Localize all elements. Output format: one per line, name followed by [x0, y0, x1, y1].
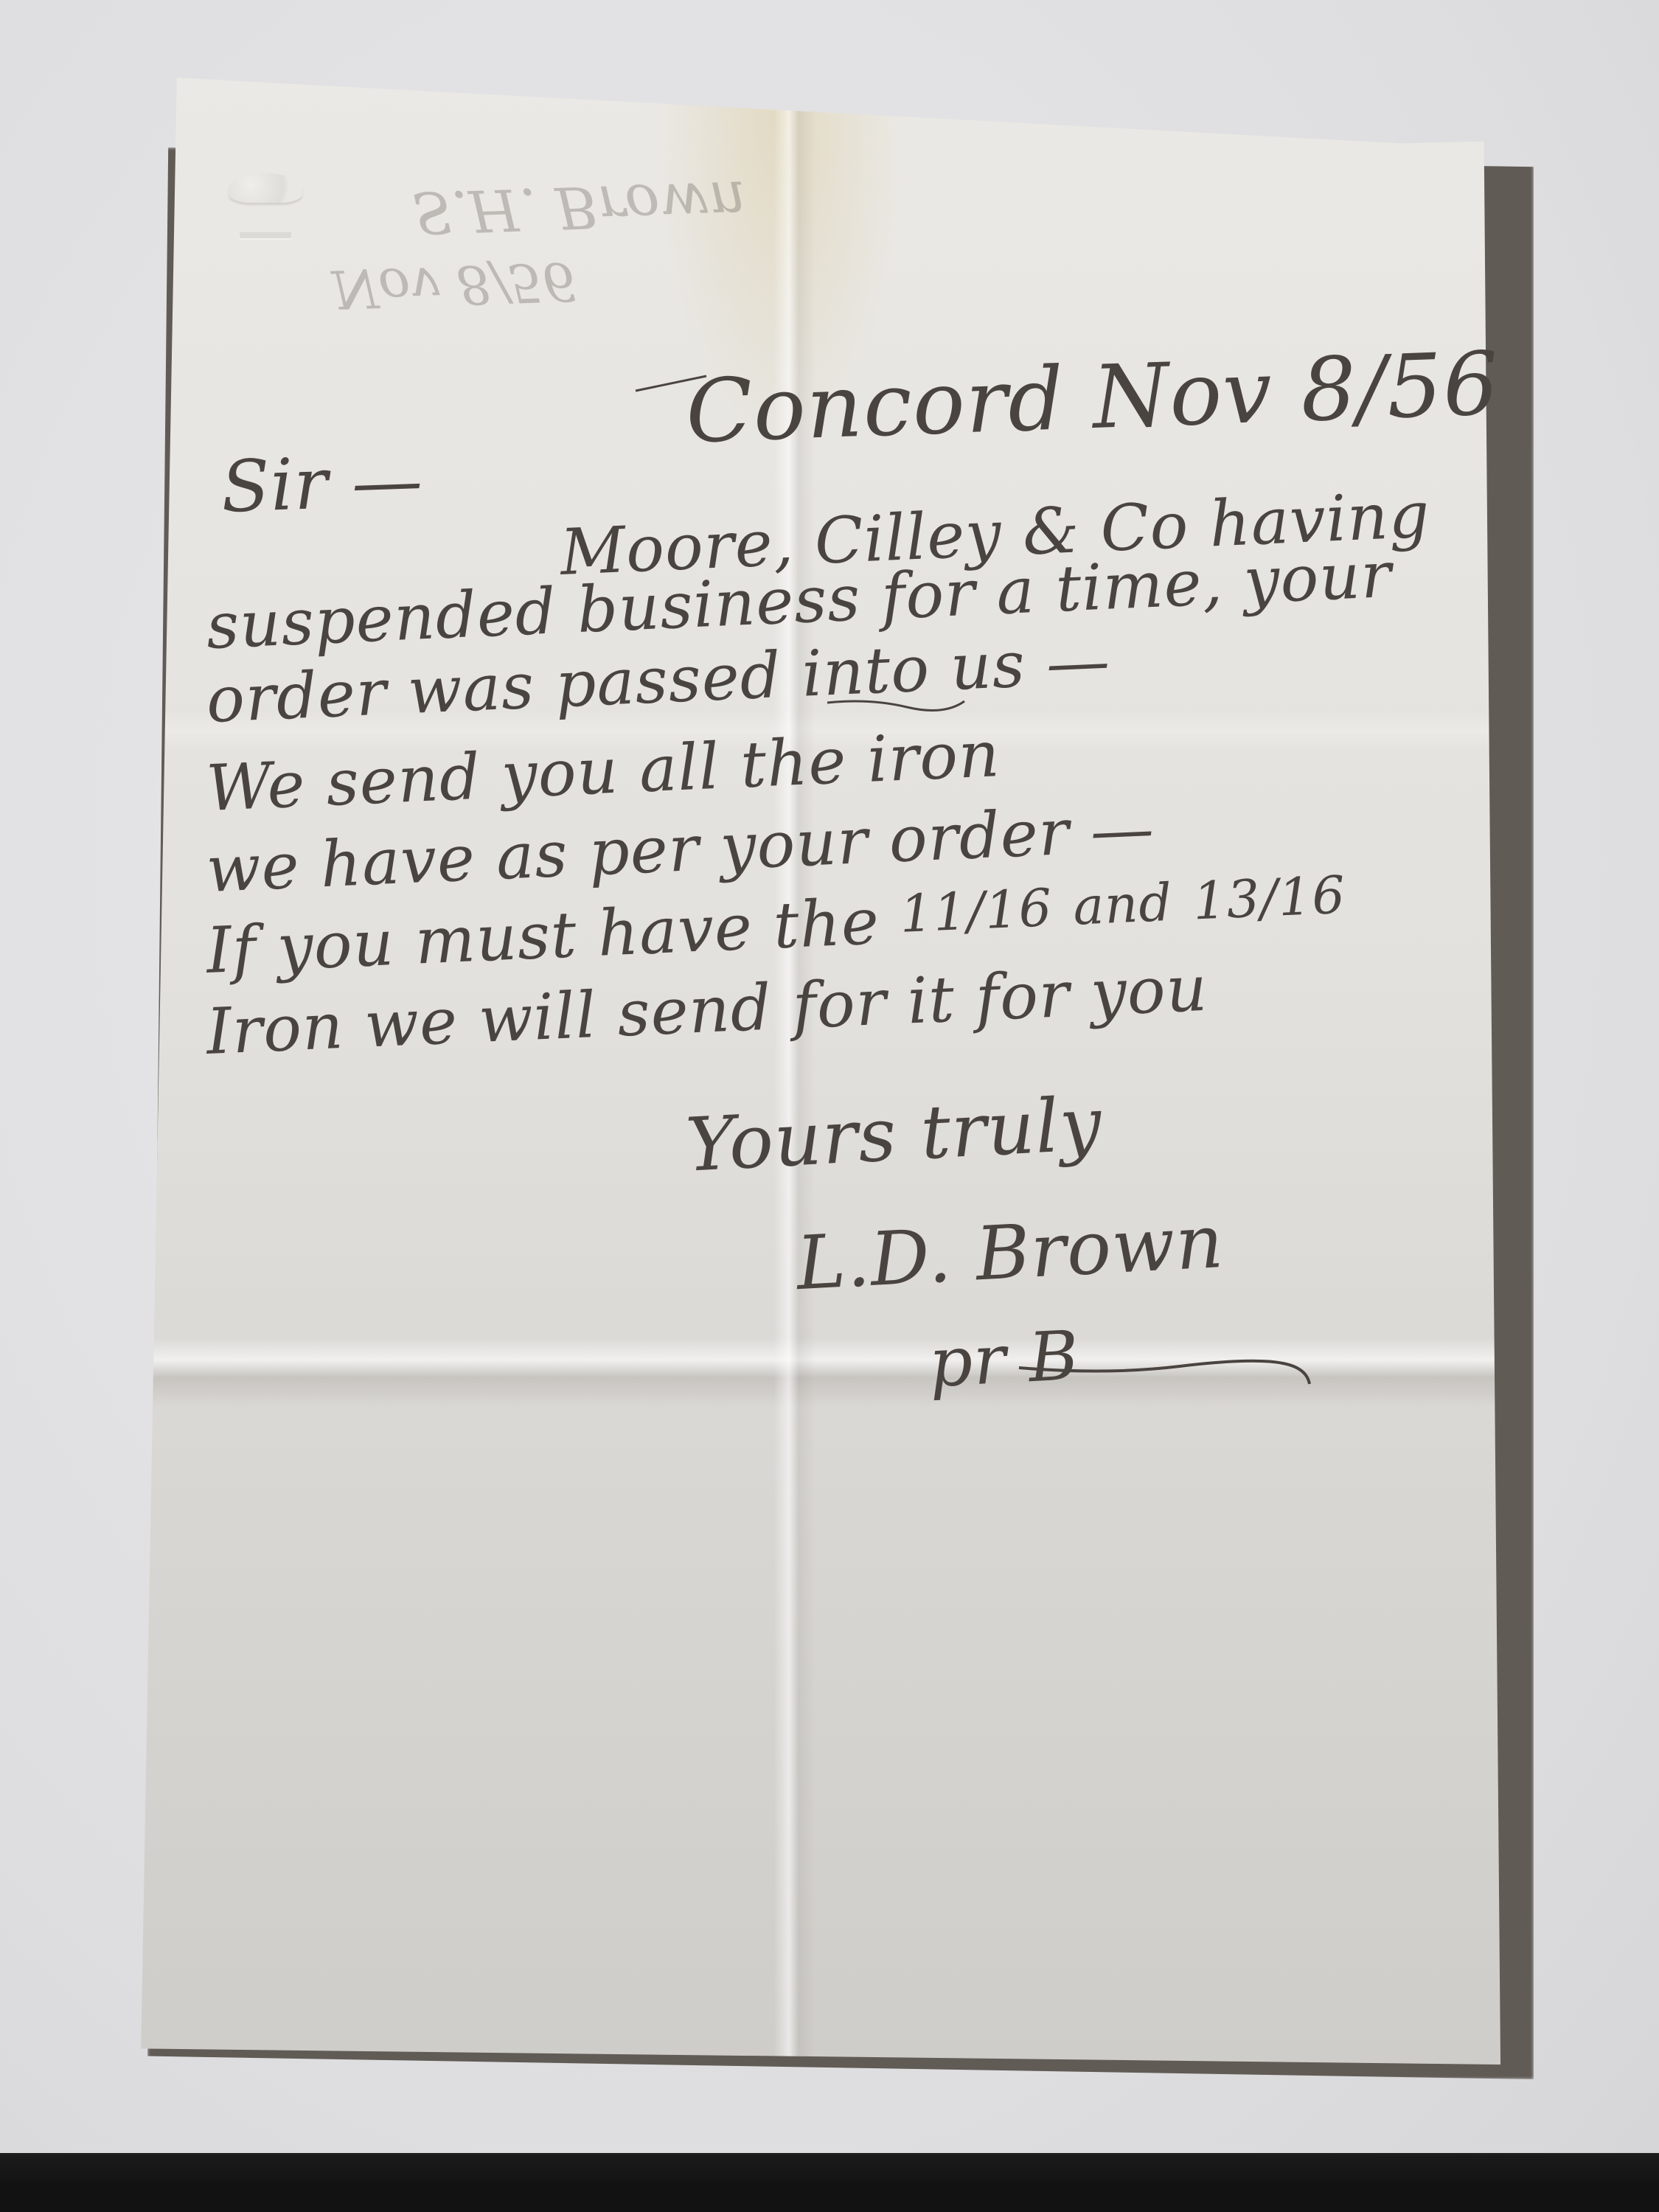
crown-emblem-icon	[221, 159, 310, 262]
fraction-13-16: 13/16	[1192, 865, 1346, 932]
salutation: Sir —	[220, 439, 425, 528]
underline-flourish-icon	[826, 697, 966, 719]
bleed-through-line-2: Nov 8/56	[331, 250, 577, 321]
signature-flourish-icon	[1018, 1353, 1312, 1390]
crown-shape	[229, 173, 302, 203]
fraction-11-16: 11/16	[899, 877, 1054, 945]
emblem-bar	[240, 232, 291, 238]
fraction-and: and	[1072, 872, 1174, 937]
dark-edge	[0, 2183, 1659, 2212]
bleed-through-line-1: S.H. Brown	[412, 167, 747, 246]
